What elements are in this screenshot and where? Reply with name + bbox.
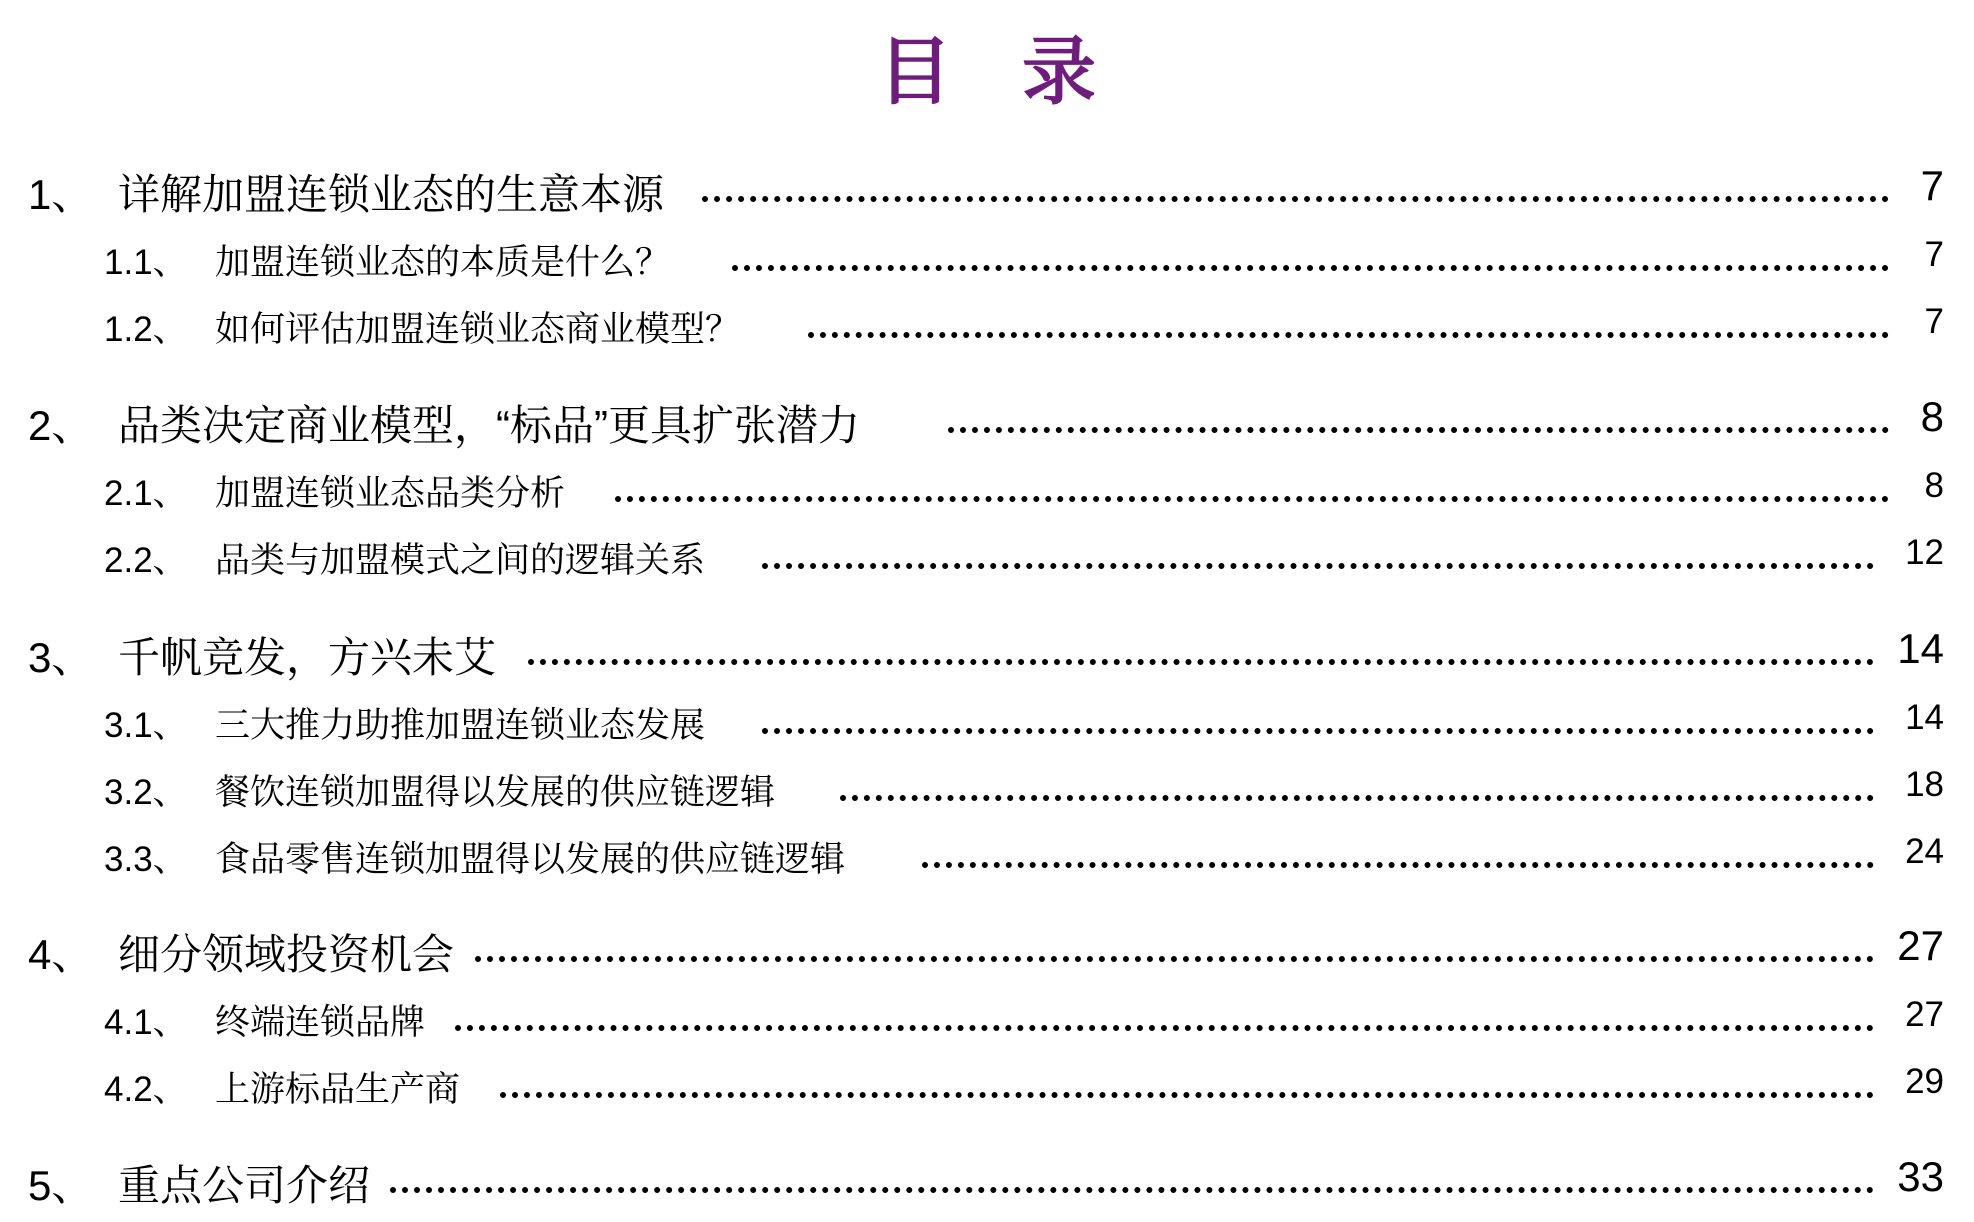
toc-page[interactable]: 8: [1921, 393, 1944, 441]
toc-label[interactable]: 餐饮连锁加盟得以发展的供应链逻辑: [215, 765, 775, 815]
toc-entry-4-1[interactable]: 4.1、 终端连锁品牌 27: [0, 995, 1974, 1039]
toc-page[interactable]: 24: [1905, 832, 1944, 872]
dot-leader: [475, 922, 1874, 962]
toc-number: 5、: [28, 1153, 93, 1213]
dot-leader: [732, 235, 1889, 271]
toc-page[interactable]: 14: [1897, 625, 1944, 673]
toc-entry-1[interactable]: 1、 详解加盟连锁业态的生意本源 7: [0, 162, 1974, 212]
toc-number: 2.1、: [104, 466, 188, 516]
toc-page[interactable]: 7: [1925, 302, 1944, 342]
dot-leader: [615, 466, 1889, 502]
toc-entry-3[interactable]: 3、 千帆竞发，方兴未艾 14: [0, 625, 1974, 675]
toc-page[interactable]: 18: [1905, 765, 1944, 805]
toc-entry-3-3[interactable]: 3.3、 食品零售连锁加盟得以发展的供应链逻辑 24: [0, 832, 1974, 876]
dot-leader: [528, 625, 1874, 665]
dot-leader: [762, 698, 1874, 734]
dot-leader: [948, 393, 1889, 433]
toc-number: 3、: [28, 625, 93, 685]
toc-entry-5[interactable]: 5、 重点公司介绍 33: [0, 1153, 1974, 1203]
toc-page[interactable]: 8: [1925, 466, 1944, 506]
toc-label[interactable]: 终端连锁品牌: [215, 995, 425, 1045]
toc-entry-1-2[interactable]: 1.2、 如何评估加盟连锁业态商业模型？ 7: [0, 302, 1974, 346]
toc-page[interactable]: 12: [1905, 533, 1944, 573]
toc-page[interactable]: 27: [1905, 995, 1944, 1035]
toc-entry-2-2[interactable]: 2.2、 品类与加盟模式之间的逻辑关系 12: [0, 533, 1974, 577]
toc-label[interactable]: 如何评估加盟连锁业态商业模型？: [215, 302, 740, 352]
toc-page[interactable]: 7: [1925, 235, 1944, 275]
toc-number: 1、: [28, 162, 93, 222]
dot-leader: [702, 162, 1889, 202]
toc-entry-2[interactable]: 2、 品类决定商业模型，“标品”更具扩张潜力 8: [0, 393, 1974, 443]
toc-entry-3-2[interactable]: 3.2、 餐饮连锁加盟得以发展的供应链逻辑 18: [0, 765, 1974, 809]
dot-leader: [808, 302, 1889, 338]
dot-leader: [840, 765, 1874, 801]
toc-label[interactable]: 加盟连锁业态的本质是什么？: [215, 235, 670, 285]
toc-label[interactable]: 重点公司介绍: [118, 1153, 370, 1213]
toc-entry-4-2[interactable]: 4.2、 上游标品生产商 29: [0, 1062, 1974, 1106]
toc-number: 1.1、: [104, 235, 188, 285]
toc-label[interactable]: 品类与加盟模式之间的逻辑关系: [215, 533, 705, 583]
toc-label[interactable]: 细分领域投资机会: [118, 922, 454, 982]
toc-label[interactable]: 加盟连锁业态品类分析: [215, 466, 565, 516]
toc-label[interactable]: 食品零售连锁加盟得以发展的供应链逻辑: [215, 832, 845, 882]
dot-leader: [455, 995, 1874, 1031]
toc-number: 4、: [28, 922, 93, 982]
toc-page[interactable]: 29: [1905, 1062, 1944, 1102]
toc-label[interactable]: 详解加盟连锁业态的生意本源: [118, 162, 664, 222]
toc-number: 4.2、: [104, 1062, 188, 1112]
toc-entry-1-1[interactable]: 1.1、 加盟连锁业态的本质是什么？ 7: [0, 235, 1974, 279]
toc-page[interactable]: 33: [1897, 1153, 1944, 1201]
dot-leader: [922, 832, 1874, 868]
toc-label[interactable]: 三大推力助推加盟连锁业态发展: [215, 698, 705, 748]
toc-label[interactable]: 千帆竞发，方兴未艾: [118, 625, 496, 685]
toc-number: 1.2、: [104, 302, 188, 352]
toc-number: 3.2、: [104, 765, 188, 815]
toc-entry-3-1[interactable]: 3.1、 三大推力助推加盟连锁业态发展 14: [0, 698, 1974, 742]
dot-leader: [500, 1062, 1874, 1098]
toc-label[interactable]: 上游标品生产商: [215, 1062, 460, 1112]
toc-entry-4[interactable]: 4、 细分领域投资机会 27: [0, 922, 1974, 972]
toc-page[interactable]: 27: [1897, 922, 1944, 970]
toc-title: 目录: [0, 22, 1974, 122]
toc-page[interactable]: 7: [1921, 162, 1944, 210]
dot-leader: [390, 1153, 1874, 1193]
toc-number: 3.3、: [104, 832, 188, 882]
toc-page[interactable]: 14: [1905, 698, 1944, 738]
toc-number: 3.1、: [104, 698, 188, 748]
toc-number: 2、: [28, 393, 93, 453]
dot-leader: [762, 533, 1874, 569]
toc-number: 4.1、: [104, 995, 188, 1045]
toc-label[interactable]: 品类决定商业模型，“标品”更具扩张潜力: [118, 393, 860, 453]
toc-number: 2.2、: [104, 533, 188, 583]
toc-entry-2-1[interactable]: 2.1、 加盟连锁业态品类分析 8: [0, 466, 1974, 510]
